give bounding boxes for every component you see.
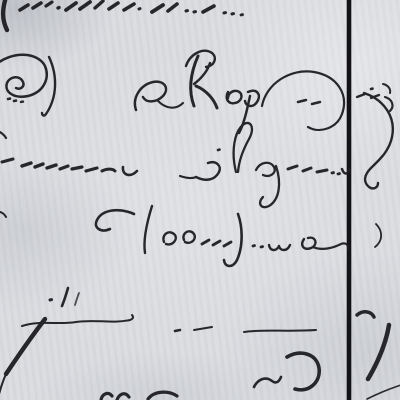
handwriting-line-3 [0, 123, 350, 207]
handwriting-line-4 [0, 206, 348, 266]
manuscript-scan [0, 0, 400, 400]
handwriting-bottom-edge [101, 377, 281, 400]
handwriting-line-2 [0, 51, 392, 133]
handwriting-line-6 [0, 315, 319, 398]
handwriting-line-5 [50, 288, 79, 306]
paper-background [0, 0, 400, 400]
handwriting-ink [0, 0, 400, 400]
column-rule [349, 0, 350, 400]
handwriting-line-1 [3, 0, 242, 30]
right-column-marks [357, 312, 400, 399]
right-column-brace [364, 84, 393, 247]
